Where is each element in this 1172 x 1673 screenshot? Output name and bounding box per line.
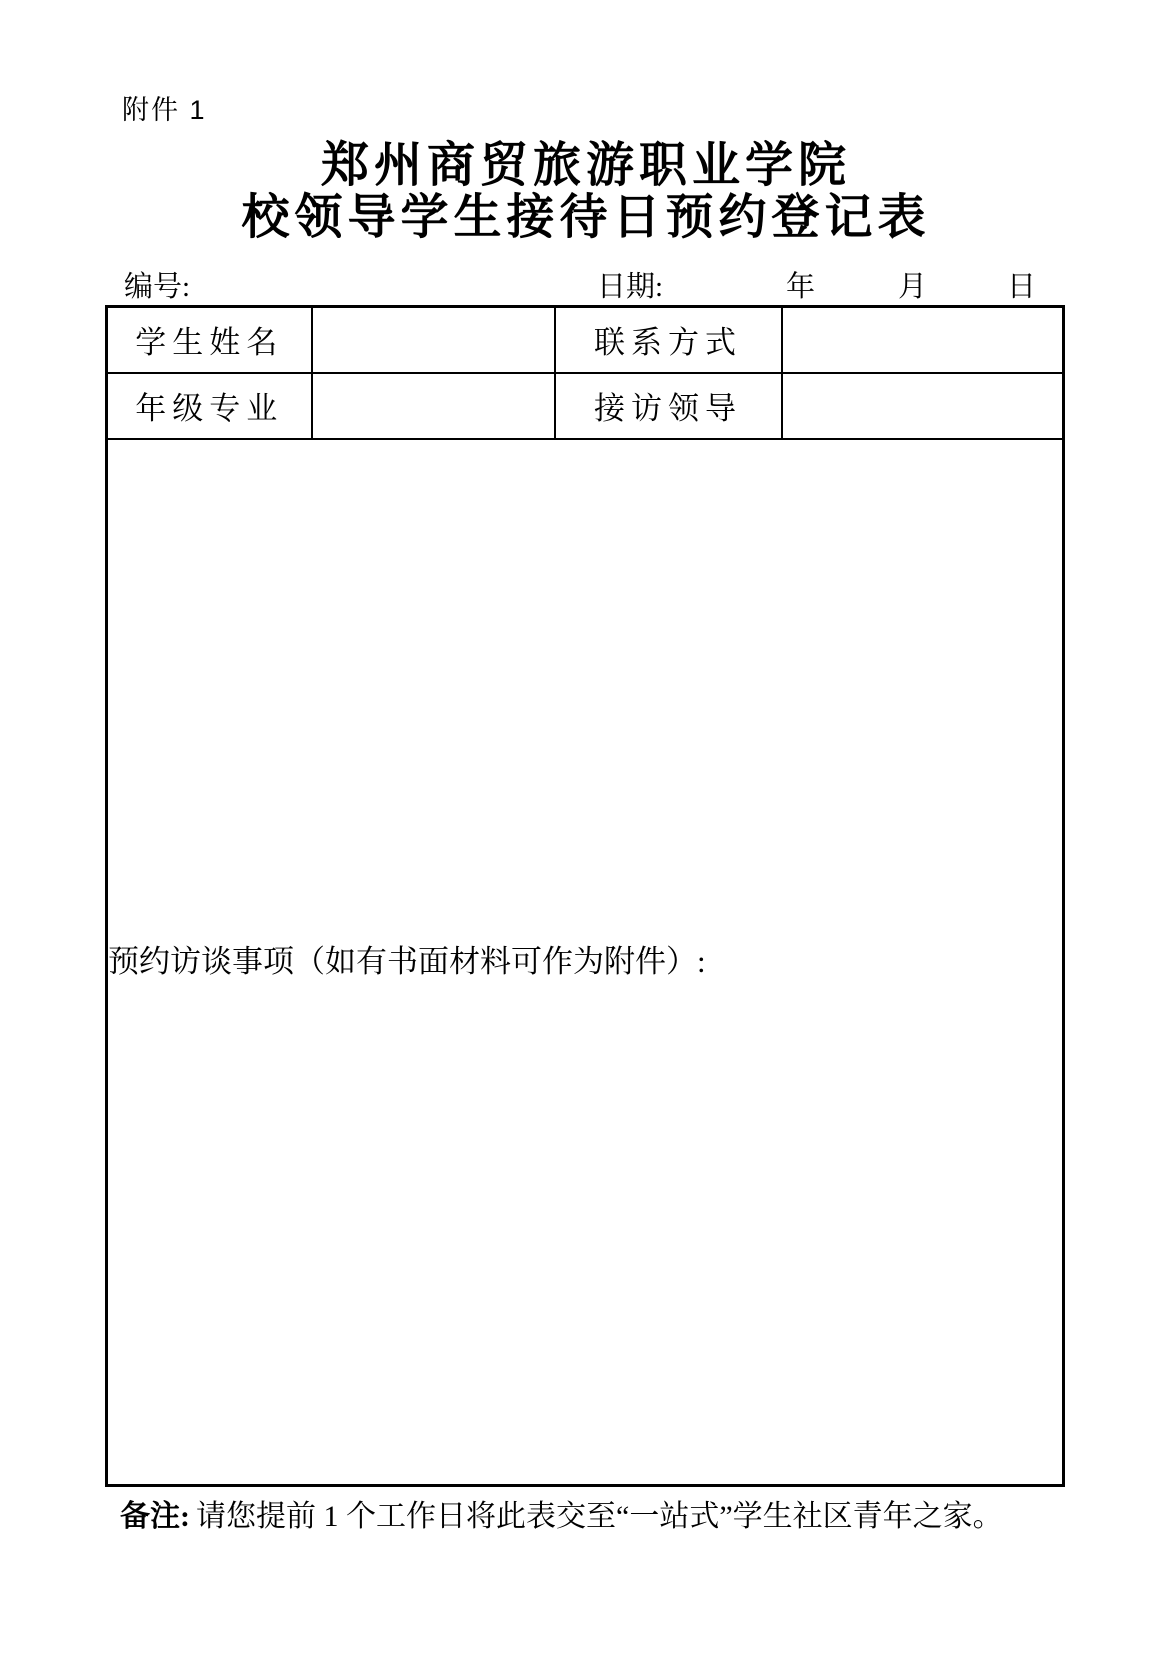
appointment-matters-label: 预约访谈事项（如有书面材料可作为附件）: xyxy=(108,944,706,979)
registration-table: 学生姓名 联系方式 年级专业 接访领导 预约访谈事项（如有书面材料可作为附件）: xyxy=(105,305,1065,1487)
date-year-label: 年 xyxy=(786,264,815,305)
date-day-label: 日 xyxy=(1007,264,1036,305)
form-title-line2: 校领导学生接待日预约登记表 xyxy=(0,192,1172,244)
date-month-label: 月 xyxy=(898,264,927,305)
table-row: 年级专业 接访领导 xyxy=(107,373,1064,439)
contact-method-value-cell xyxy=(782,307,1064,373)
table-row: 学生姓名 联系方式 xyxy=(107,307,1064,373)
note-text: 请您提前 1 个工作日将此表交至“一站式”学生社区青年之家。 xyxy=(196,1500,1003,1533)
grade-major-value-cell xyxy=(312,373,555,439)
reception-leader-value-cell xyxy=(782,373,1064,439)
attachment-label: 附件 1 xyxy=(122,88,207,127)
form-title: 郑州商贸旅游职业学院 校领导学生接待日预约登记表 xyxy=(0,140,1172,244)
grade-major-label: 年级专业 xyxy=(107,373,312,439)
serial-number-label: 编号: xyxy=(124,264,190,305)
form-page: 附件 1 郑州商贸旅游职业学院 校领导学生接待日预约登记表 编号: 日期: 年 … xyxy=(0,0,1172,1673)
date-label: 日期: xyxy=(597,264,663,305)
contact-method-label: 联系方式 xyxy=(555,307,782,373)
reception-leader-label: 接访领导 xyxy=(555,373,782,439)
meta-row: 编号: 日期: 年 月 日 xyxy=(0,264,1172,304)
student-name-value-cell xyxy=(312,307,555,373)
table-row: 预约访谈事项（如有书面材料可作为附件）: xyxy=(107,439,1064,1486)
student-name-label: 学生姓名 xyxy=(107,307,312,373)
footer-note: 备注:请您提前 1 个工作日将此表交至“一站式”学生社区青年之家。 xyxy=(120,1496,1080,1538)
form-title-line1: 郑州商贸旅游职业学院 xyxy=(0,140,1172,192)
note-label: 备注: xyxy=(120,1500,190,1533)
appointment-matters-cell: 预约访谈事项（如有书面材料可作为附件）: xyxy=(107,439,1064,1486)
